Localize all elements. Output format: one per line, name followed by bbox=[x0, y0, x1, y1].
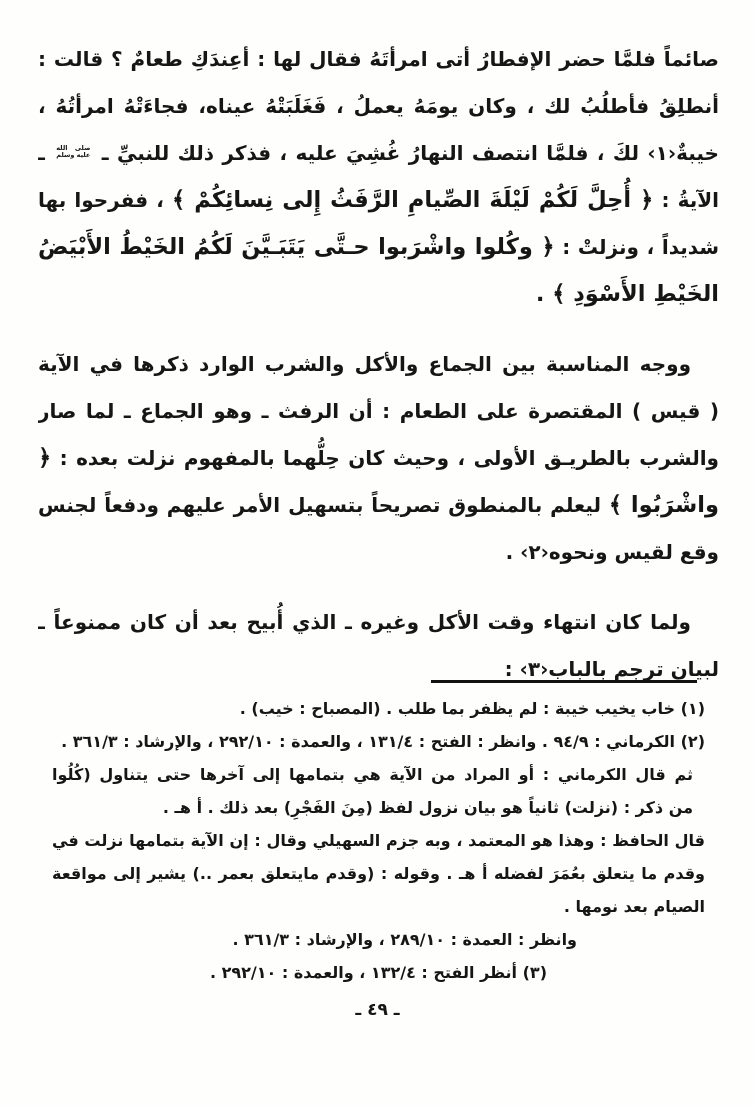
text-run: وقدم ما يتعلق بعُمَرَ لفضله أ هـ . وقوله… bbox=[52, 864, 705, 890]
footnote-line: (٣) أنظر الفتح : ١٣٢/٤ ، والعمدة : ٢٩٢/١… bbox=[52, 956, 705, 989]
text-run: لبيان ترجم بالباب‹٣› : bbox=[505, 657, 719, 681]
footnote-line: (٢) الكرماني : ٩٤/٩ . وانظر : الفتح : ١٣… bbox=[52, 725, 705, 758]
text-line: والشرب بالطريـق الأولى ، وحيث كان حِلُّه… bbox=[38, 435, 719, 482]
pbuh-calligraphy-symbol: صلى اللهعليه وسلم bbox=[56, 145, 90, 159]
text-line: الآيةُ : ﴿ أُحِلَّ لَكُمْ لَيْلَةَ الصِّ… bbox=[38, 177, 719, 224]
text-run: وقع لقيس ونحوه‹٢› . bbox=[506, 540, 719, 564]
page-number: ـ ٤٩ ـ bbox=[0, 1000, 755, 1020]
text-run: (٢) الكرماني : ٩٤/٩ . وانظر : الفتح : ١٣… bbox=[61, 732, 705, 751]
footnote-line: وانظر : العمدة : ٢٨٩/١٠ ، والإرشاد : ٣٦١… bbox=[52, 923, 705, 956]
text-run: خيبةٌ‹١› لكَ ، فلمَّا انتصف النهارُ غُشِ… bbox=[93, 141, 719, 165]
text-run: الآيةُ : bbox=[653, 188, 719, 212]
text-run: ( قيس ) المقتصرة على الطعام : أن الرفث ـ… bbox=[38, 399, 719, 435]
paragraph: ولما كان انتهاء وقت الأكل وغيره ـ الذي أ… bbox=[38, 599, 719, 693]
footnote-line: (١) خاب يخيب خيبة : لم يظفر بما طلب . (ا… bbox=[52, 692, 705, 725]
text-run: (٣) أنظر الفتح : ١٣٢/٤ ، والعمدة : ٢٩٢/١… bbox=[210, 963, 547, 982]
book-page: صائماً فلمَّا حضر الإفطارُ أتى امرأتَهُ … bbox=[0, 0, 755, 1107]
footnotes-region: (١) خاب يخيب خيبة : لم يظفر بما طلب . (ا… bbox=[52, 692, 705, 989]
paragraph: ووجه المناسبة بين الجماع والأكل والشرب ا… bbox=[38, 341, 719, 576]
footnote-line: ثم قال الكرماني : أو المراد من الآية هي … bbox=[52, 758, 705, 791]
quran-verse: ﴿ أُحِلَّ لَكُمْ لَيْلَةَ الصِّيامِ الرَ… bbox=[172, 187, 653, 213]
text-run: أنطلِقُ فأطلُبُ لك ، وكان يومَهُ يعملُ ،… bbox=[38, 94, 719, 130]
text-line: شديداً ، ونزلتْ : ﴿ وكُلوا واشْرَبوا حـت… bbox=[38, 224, 719, 271]
paragraph: صائماً فلمَّا حضر الإفطارُ أتى امرأتَهُ … bbox=[38, 36, 719, 318]
footnote-line: قال الحافظ : وهذا هو المعتمد ، وبه جزم ا… bbox=[52, 824, 705, 857]
text-run: ولما كان انتهاء وقت الأكل وغيره ـ الذي أ… bbox=[38, 610, 691, 646]
text-line: ووجه المناسبة بين الجماع والأكل والشرب ا… bbox=[38, 341, 719, 388]
text-run: من ذكر : (نزلت) ثانياً هو بيان نزول لفظ … bbox=[163, 798, 693, 817]
text-line: خيبةٌ‹١› لكَ ، فلمَّا انتصف النهارُ غُشِ… bbox=[38, 130, 719, 177]
text-line: ولما كان انتهاء وقت الأكل وغيره ـ الذي أ… bbox=[38, 599, 719, 646]
text-run: قال الحافظ : وهذا هو المعتمد ، وبه جزم ا… bbox=[52, 831, 705, 857]
footnote-separator bbox=[431, 680, 697, 683]
footnote-line: الصيام بعد نومها . bbox=[52, 890, 705, 923]
text-line: واشْرَبُوا ﴾ ليعلم بالمنطوق تصريحاً بتسه… bbox=[38, 482, 719, 529]
text-line: الخَيْطِ الأَسْوَدِ ﴾ . bbox=[38, 271, 719, 318]
footnote-line: من ذكر : (نزلت) ثانياً هو بيان نزول لفظ … bbox=[52, 791, 705, 824]
text-run: (١) خاب يخيب خيبة : لم يظفر بما طلب . (ا… bbox=[240, 699, 705, 718]
quran-verse: واشْرَبُوا ﴾ bbox=[609, 492, 719, 518]
text-run: وانظر : العمدة : ٢٨٩/١٠ ، والإرشاد : ٣٦١… bbox=[233, 930, 578, 949]
text-run: ثم قال الكرماني : أو المراد من الآية هي … bbox=[52, 765, 693, 791]
text-line: لبيان ترجم بالباب‹٣› : bbox=[38, 646, 719, 693]
text-run: والشرب بالطريـق الأولى ، وحيث كان حِلُّه… bbox=[51, 446, 719, 470]
text-run: الصيام بعد نومها . bbox=[564, 897, 705, 916]
text-line: صائماً فلمَّا حضر الإفطارُ أتى امرأتَهُ … bbox=[38, 36, 719, 83]
main-text-region: صائماً فلمَّا حضر الإفطارُ أتى امرأتَهُ … bbox=[38, 36, 719, 716]
footnote-line: وقدم ما يتعلق بعُمَرَ لفضله أ هـ . وقوله… bbox=[52, 857, 705, 890]
text-line: ( قيس ) المقتصرة على الطعام : أن الرفث ـ… bbox=[38, 388, 719, 435]
text-line: أنطلِقُ فأطلُبُ لك ، وكان يومَهُ يعملُ ،… bbox=[38, 83, 719, 130]
text-line: وقع لقيس ونحوه‹٢› . bbox=[38, 529, 719, 576]
quran-verse: الخَيْطِ الأَسْوَدِ ﴾ . bbox=[536, 281, 719, 307]
text-run: ووجه المناسبة بين الجماع والأكل والشرب ا… bbox=[38, 352, 691, 388]
text-run: صائماً فلمَّا حضر الإفطارُ أتى امرأتَهُ … bbox=[38, 47, 719, 83]
text-run: شديداً ، ونزلتْ : bbox=[555, 235, 719, 259]
